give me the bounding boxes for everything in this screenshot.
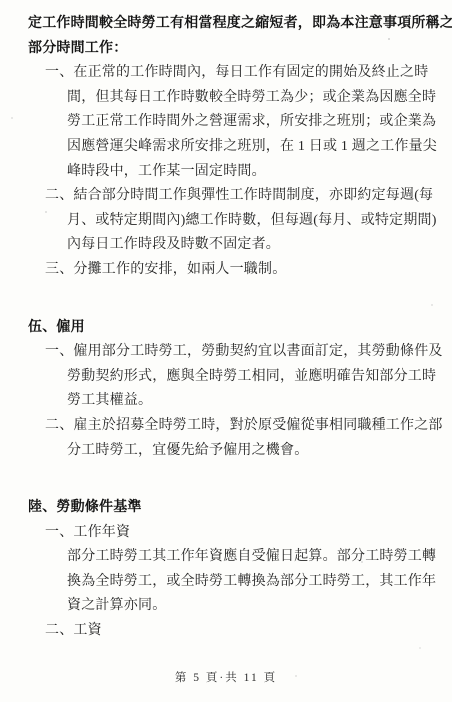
body-text-line: 資之計算亦同。 [0,594,452,619]
body-text-line: 月、或特定期間內)總工作時數，但每週(每月、或特定期間) [0,209,452,234]
body-text-line: 分工時勞工，宜優先給予僱用之機會。 [0,439,452,464]
body-text-line: 間，但其每日工作時數較全時勞工為少；或企業為因應全時 [0,86,452,111]
page-footer: 第 5 頁·共 11 頁 [0,669,452,685]
section-heading-line: 陸、勞動條件基準 [0,496,452,521]
body-text-line: 峰時段中，工作某一固定時間。 [0,160,452,185]
body-text-line: 因應營運尖峰需求所安排之班別，在 1 日或 1 週之工作量尖 [0,135,452,160]
section-heading-line: 部分時間工作： [0,37,452,62]
page-number-label: 第 5 頁·共 11 頁 [175,672,277,684]
body-text-line: 二、雇主於招募全時勞工時，對於原受僱從事相同職種工作之部 [0,414,452,439]
body-text-line: 部分工時勞工其工作年資應自受僱日起算。部分工時勞工轉 [0,545,452,570]
body-text-line: 勞動契約形式，應與全時勞工相同，並應明確告知部分工時 [0,365,452,390]
body-text-line: 二、結合部分時間工作與彈性工作時間制度，亦即約定每週(每 [0,184,452,209]
body-text-line: 一、工作年資 [0,521,452,546]
body-text-line: 換為全時勞工，或全時勞工轉換為部分工時勞工，其工作年 [0,570,452,595]
body-text-line: 勞工正常工作時間外之營運需求，所安排之班別；或企業為 [0,110,452,135]
body-text-line: 一、在正常的工作時間內，每日工作有固定的開始及終止之時 [0,61,452,86]
body-text-line: 三、分攤工作的安排，如兩人一職制。 [0,258,452,283]
body-text-line: 內每日工作時段及時數不固定者。 [0,233,452,258]
scanned-document-page: 定工作時間較全時勞工有相當程度之縮短者，即為本注意事項所稱之部分時間工作：一、在… [0,0,452,702]
section-heading-line: 伍、僱用 [0,316,452,341]
body-text-line: 一、僱用部分工時勞工，勞動契約宜以書面訂定，其勞動條件及 [0,340,452,365]
body-text-line: 勞工其權益。 [0,389,452,414]
document-body: 定工作時間較全時勞工有相當程度之縮短者，即為本注意事項所稱之部分時間工作：一、在… [0,0,452,644]
section-heading-line: 定工作時間較全時勞工有相當程度之縮短者，即為本注意事項所稱之 [0,12,452,37]
body-text-line: 二、工資 [0,619,452,644]
